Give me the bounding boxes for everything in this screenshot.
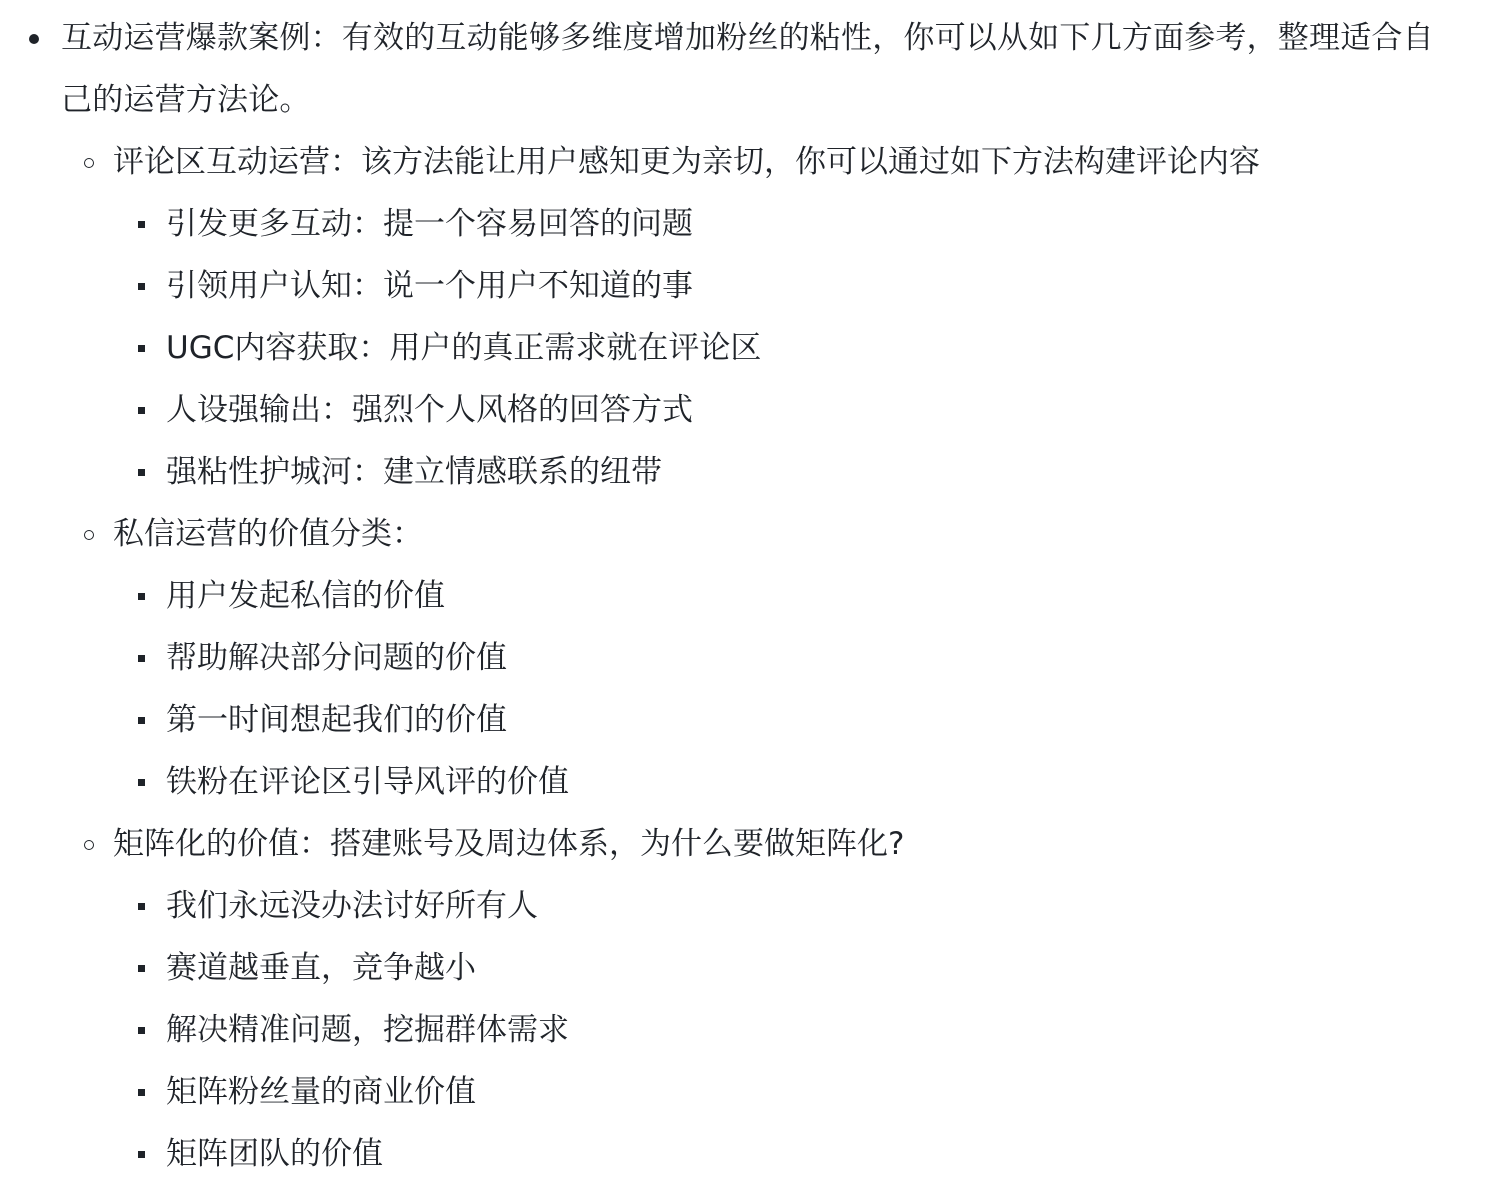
list-item-text: 第一时间想起我们的价值 — [166, 702, 507, 738]
list-item: 第一时间想起我们的价值 — [113, 689, 1445, 751]
bullet-square-icon — [138, 221, 145, 228]
list-item-text: 引领用户认知：说一个用户不知道的事 — [166, 268, 693, 304]
list-item-text: 赛道越垂直，竞争越小 — [166, 950, 476, 986]
bullet-square-icon — [138, 965, 145, 972]
list-item: 铁粉在评论区引导风评的价值 — [113, 751, 1445, 813]
bullet-disc-icon — [29, 34, 39, 44]
bullet-square-icon — [138, 717, 145, 724]
sub-sub-list: 我们永远没办法讨好所有人 赛道越垂直，竞争越小 解决精准问题，挖掘群体需求 矩阵… — [113, 875, 1445, 1185]
list-item: 矩阵粉丝量的商业价值 — [113, 1061, 1445, 1123]
list-item-text: 引发更多互动：提一个容易回答的问题 — [166, 206, 693, 242]
list-item-text: 矩阵粉丝量的商业价值 — [166, 1074, 476, 1110]
sub-item-dm-value: 私信运营的价值分类： 用户发起私信的价值 帮助解决部分问题的价值 第一时间想起我… — [61, 503, 1445, 813]
list-item-text: UGC内容获取：用户的真正需求就在评论区 — [166, 330, 761, 366]
list-item-text: 人设强输出：强烈个人风格的回答方式 — [166, 392, 693, 428]
sub-item-comment-operations: 评论区互动运营：该方法能让用户感知更为亲切，你可以通过如下方法构建评论内容 引发… — [61, 131, 1445, 503]
bullet-list: 互动运营爆款案例：有效的互动能够多维度增加粉丝的粘性，你可以从如下几方面参考，整… — [0, 7, 1505, 1185]
list-item: 矩阵团队的价值 — [113, 1123, 1445, 1185]
list-item: 我们永远没办法讨好所有人 — [113, 875, 1445, 937]
sub-sub-list: 用户发起私信的价值 帮助解决部分问题的价值 第一时间想起我们的价值 铁粉在评论区… — [113, 565, 1445, 813]
bullet-square-icon — [138, 1151, 145, 1158]
bullet-square-icon — [138, 469, 145, 476]
list-item: 强粘性护城河：建立情感联系的纽带 — [113, 441, 1445, 503]
list-item-text: 矩阵团队的价值 — [166, 1136, 383, 1172]
list-item-text: 铁粉在评论区引导风评的价值 — [166, 764, 569, 800]
list-item-text: 解决精准问题，挖掘群体需求 — [166, 1012, 569, 1048]
bullet-square-icon — [138, 283, 145, 290]
list-item: 帮助解决部分问题的价值 — [113, 627, 1445, 689]
list-item: UGC内容获取：用户的真正需求就在评论区 — [113, 317, 1445, 379]
list-item: 赛道越垂直，竞争越小 — [113, 937, 1445, 999]
bullet-square-icon — [138, 903, 145, 910]
list-item: 人设强输出：强烈个人风格的回答方式 — [113, 379, 1445, 441]
list-item-text: 强粘性护城河：建立情感联系的纽带 — [166, 454, 662, 490]
list-item-interaction-cases: 互动运营爆款案例：有效的互动能够多维度增加粉丝的粘性，你可以从如下几方面参考，整… — [0, 7, 1505, 1185]
sub-item-matrix-value: 矩阵化的价值：搭建账号及周边体系，为什么要做矩阵化? 我们永远没办法讨好所有人 … — [61, 813, 1445, 1185]
bullet-square-icon — [138, 1027, 145, 1034]
bullet-square-icon — [138, 593, 145, 600]
list-item: 引发更多互动：提一个容易回答的问题 — [113, 193, 1445, 255]
sub-sub-list: 引发更多互动：提一个容易回答的问题 引领用户认知：说一个用户不知道的事 UGC内… — [113, 193, 1445, 503]
list-item-text: 互动运营爆款案例：有效的互动能够多维度增加粉丝的粘性，你可以从如下几方面参考，整… — [61, 7, 1445, 131]
bullet-circle-icon — [84, 840, 94, 850]
bullet-square-icon — [138, 655, 145, 662]
bullet-circle-icon — [84, 158, 94, 168]
bullet-square-icon — [138, 345, 145, 352]
bullet-circle-icon — [84, 530, 94, 540]
list-item: 用户发起私信的价值 — [113, 565, 1445, 627]
list-item: 引领用户认知：说一个用户不知道的事 — [113, 255, 1445, 317]
list-item: 解决精准问题，挖掘群体需求 — [113, 999, 1445, 1061]
list-item-text: 帮助解决部分问题的价值 — [166, 640, 507, 676]
sub-item-text: 私信运营的价值分类： — [113, 516, 423, 552]
sub-item-text: 评论区互动运营：该方法能让用户感知更为亲切，你可以通过如下方法构建评论内容 — [113, 144, 1260, 180]
sub-item-text: 矩阵化的价值：搭建账号及周边体系，为什么要做矩阵化? — [113, 826, 904, 862]
list-item-text: 用户发起私信的价值 — [166, 578, 445, 614]
bullet-square-icon — [138, 407, 145, 414]
bullet-square-icon — [138, 1089, 145, 1096]
document-body: 互动运营爆款案例：有效的互动能够多维度增加粉丝的粘性，你可以从如下几方面参考，整… — [0, 0, 1505, 1185]
bullet-square-icon — [138, 779, 145, 786]
sub-list: 评论区互动运营：该方法能让用户感知更为亲切，你可以通过如下方法构建评论内容 引发… — [61, 131, 1445, 1185]
list-item-text: 我们永远没办法讨好所有人 — [166, 888, 538, 924]
